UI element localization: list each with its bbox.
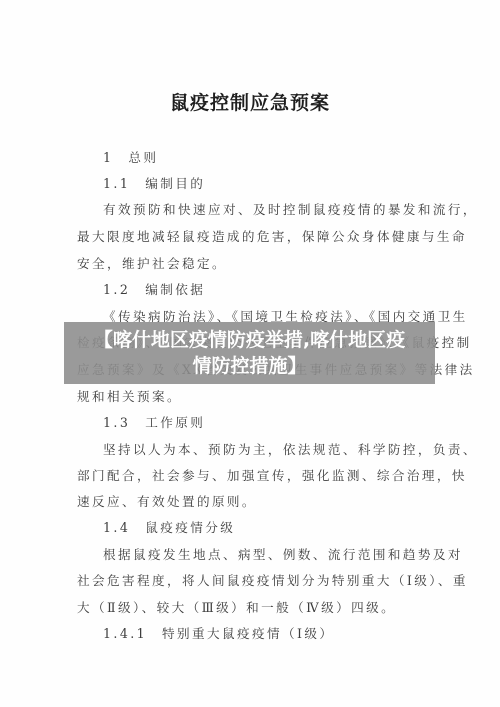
paragraph-line: 坚持以人为本、预防为主，依法规范、科学防控，负责、 <box>103 439 478 458</box>
paragraph-line: 速反应、有效处置的原则。 <box>77 491 257 510</box>
section-heading-1-2: 1.2 编制依据 <box>103 279 205 298</box>
paragraph-line: 大（Ⅱ级）、较大（Ⅲ级）和一般（Ⅳ级）四级。 <box>77 597 396 616</box>
section-heading-1-3: 1.3 工作原则 <box>103 412 205 431</box>
paragraph-line: 根据鼠疫发生地点、病型、例数、流行范围和趋势及对 <box>103 544 463 563</box>
paragraph-line: 最大限度地减轻鼠疫造成的危害，保障公众身体健康与生命 <box>77 226 467 245</box>
paragraph-line: 安全，维护社会稳定。 <box>77 253 227 272</box>
section-heading-1-1: 1.1 编制目的 <box>103 173 205 192</box>
document-page: 鼠疫控制应急预案 1 总则 1.1 编制目的 有效预防和快速应对、及时控制鼠疫疫… <box>0 0 500 707</box>
banner-title-line-1: 【喀什地区疫情防疫举措,喀什地区疫 <box>94 327 405 353</box>
section-heading-1-4-1: 1.4.1 特别重大鼠疫疫情（Ⅰ级） <box>103 623 334 642</box>
paragraph-line: 部门配合，社会参与、加强宣传，强化监测、综合治理，快 <box>77 465 467 484</box>
banner-title-line-2: 情防控措施】 <box>192 353 306 379</box>
document-title: 鼠疫控制应急预案 <box>0 88 500 115</box>
paragraph-line: 有效预防和快速应对、及时控制鼠疫疫情的暴发和流行， <box>103 199 478 218</box>
paragraph-line: 规和相关预案。 <box>77 386 182 405</box>
title-overlay-banner: 【喀什地区疫情防疫举措,喀什地区疫 情防控措施】 <box>64 322 435 384</box>
section-heading-1: 1 总则 <box>103 147 158 166</box>
section-heading-1-4: 1.4 鼠疫疫情分级 <box>103 517 235 536</box>
paragraph-line: 社会危害程度，将人间鼠疫疫情划分为特别重大（Ⅰ级）、重 <box>77 570 468 589</box>
